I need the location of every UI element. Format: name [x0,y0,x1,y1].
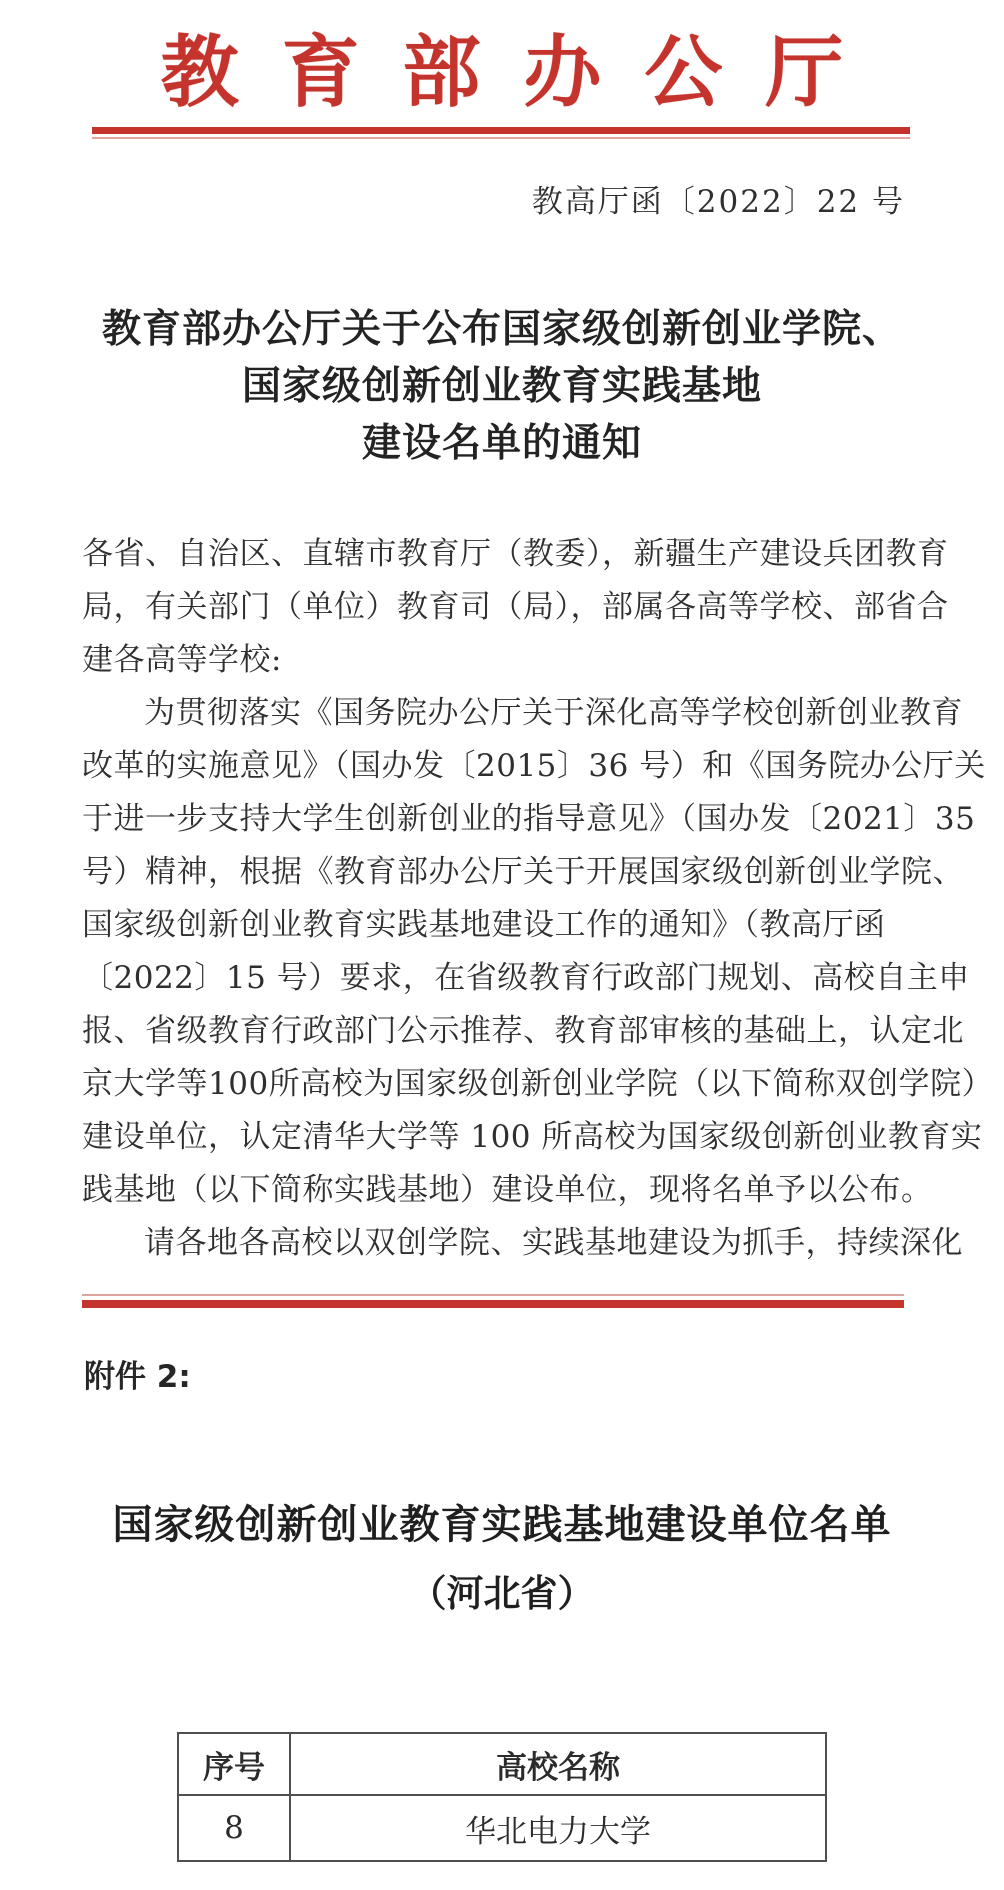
table-header-name: 高校名称 [290,1733,826,1795]
table-header-index: 序号 [178,1733,290,1795]
body-line: 建各高等学校: [82,634,946,687]
letterhead-rule-thin [92,137,910,139]
body-line: 践基地（以下简称实践基地）建设单位，现将名单予以公布。 [82,1164,946,1217]
body-line: 于进一步支持大学生创新创业的指导意见》（国办发〔2021〕35 [82,793,946,846]
table-row: 8 华北电力大学 [178,1795,826,1861]
body-line: 改革的实施意见》（国办发〔2015〕36 号）和《国务院办公厅关 [82,740,946,793]
notice-body: 各省、自治区、直辖市教育厅（教委），新疆生产建设兵团教育 局，有关部门（单位）教… [0,528,1004,1270]
table-cell-name: 华北电力大学 [290,1795,826,1861]
body-line: 京大学等100所高校为国家级创新创业学院（以下简称双创学院） [82,1058,946,1111]
body-line: 各省、自治区、直辖市教育厅（教委），新疆生产建设兵团教育 [82,528,946,581]
attachment-label: 附件 2: [0,1356,1004,1398]
table-cell-index: 8 [178,1795,290,1861]
closing-rule [82,1294,904,1308]
body-line: 〔2022〕15 号）要求，在省级教育行政部门规划、高校自主申 [82,952,946,1005]
document-number: 教高厅函〔2022〕22 号 [0,181,1004,223]
letterhead-rule-thick [92,127,910,134]
table-header-row: 序号 高校名称 [178,1733,826,1795]
notice-title-line: 教育部办公厅关于公布国家级创新创业学院、 [0,301,1004,358]
letterhead-title: 教育部办公厅 [0,0,1004,121]
roster-table: 序号 高校名称 8 华北电力大学 [177,1732,827,1862]
letterhead-rule [92,127,910,139]
attachment-title: 国家级创新创业教育实践基地建设单位名单 [0,1498,1004,1552]
body-line: 局，有关部门（单位）教育司（局），部属各高等学校、部省合 [82,581,946,634]
notice-title: 教育部办公厅关于公布国家级创新创业学院、 国家级创新创业教育实践基地 建设名单的… [0,301,1004,472]
body-line: 国家级创新创业教育实践基地建设工作的通知》（教高厅函 [82,899,946,952]
attachment-subtitle: （河北省） [0,1568,1004,1618]
notice-title-line: 建设名单的通知 [0,415,1004,472]
body-line: 为贯彻落实《国务院办公厅关于深化高等学校创新创业教育 [82,687,946,740]
body-line: 请各地各高校以双创学院、实践基地建设为抓手，持续深化 [82,1217,946,1270]
body-line: 建设单位，认定清华大学等 100 所高校为国家级创新创业教育实 [82,1111,946,1164]
body-line: 报、省级教育行政部门公示推荐、教育部审核的基础上，认定北 [82,1005,946,1058]
document-page: 教育部办公厅 教高厅函〔2022〕22 号 教育部办公厅关于公布国家级创新创业学… [0,0,1004,1890]
body-line: 号）精神，根据《教育部办公厅关于开展国家级创新创业学院、 [82,846,946,899]
notice-title-line: 国家级创新创业教育实践基地 [0,358,1004,415]
closing-rule-thick [82,1300,904,1308]
